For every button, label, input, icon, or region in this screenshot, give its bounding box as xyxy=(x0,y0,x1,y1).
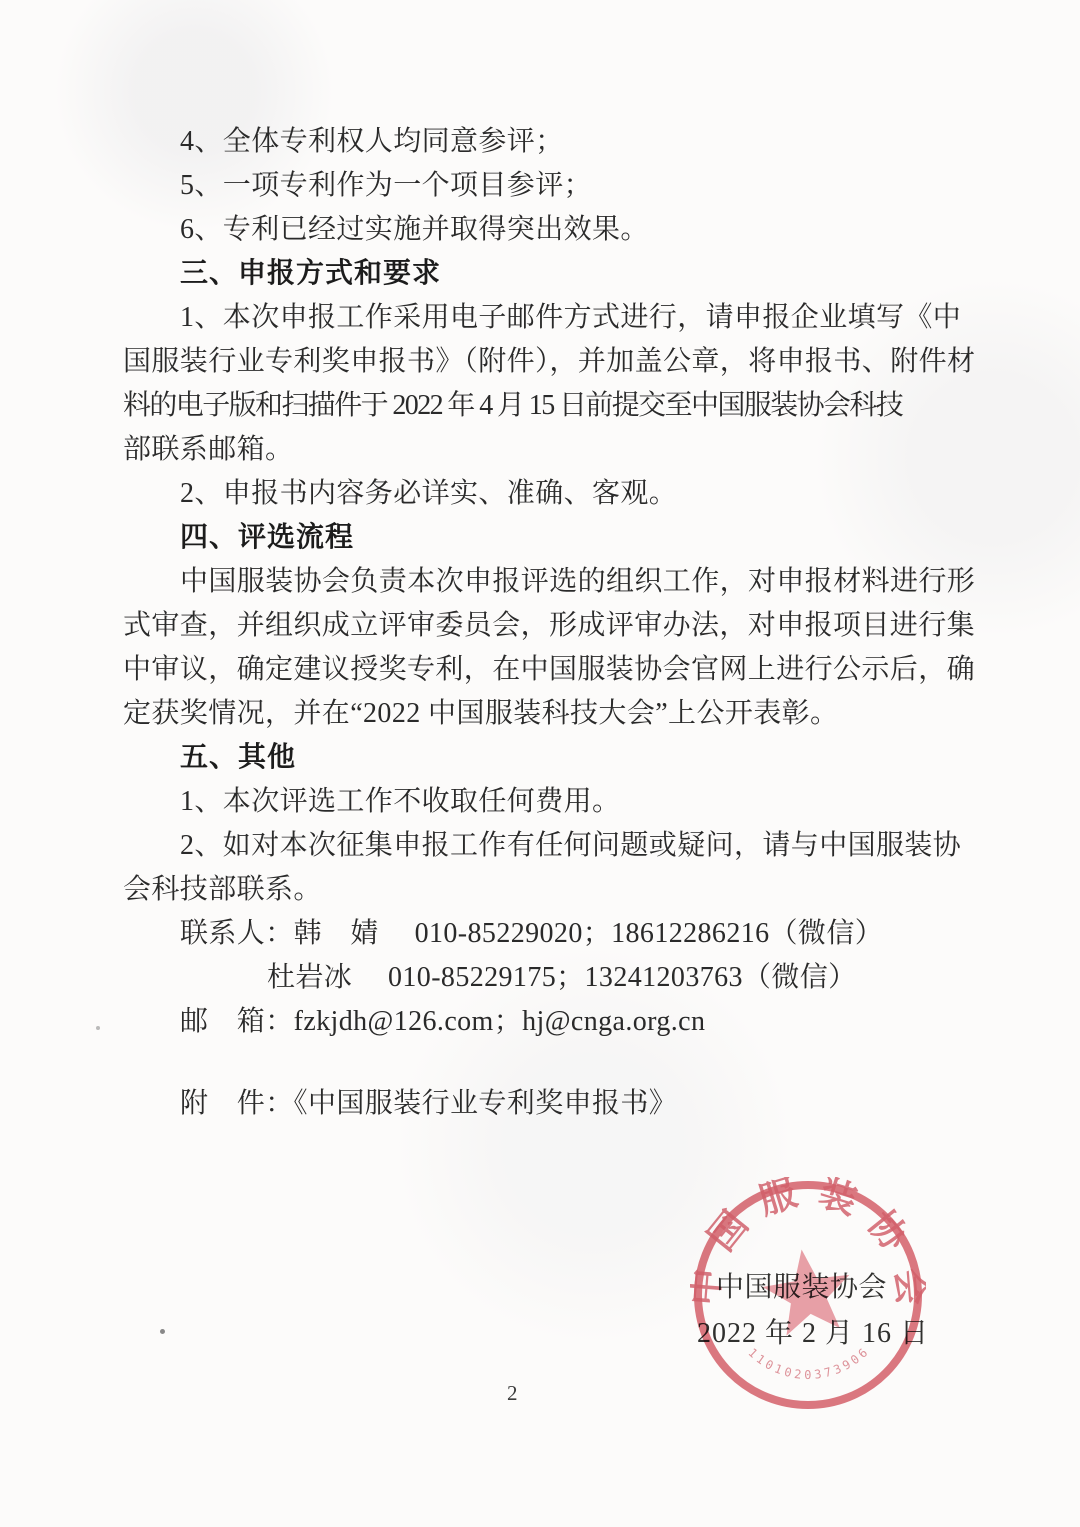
page-number: 2 xyxy=(507,1381,518,1406)
contact-line-2: 杜岩冰 010-85229175；13241203763（微信） xyxy=(123,956,935,1000)
contact-line: 联系人：韩 婧 010-85229020；18612286216（微信） xyxy=(123,912,935,956)
paragraph-line: 中审议，确定建议授奖专利，在中国服装协会官网上进行公示后，确 xyxy=(123,648,935,692)
list-item: 4、全体专利权人均同意参评； xyxy=(123,120,935,164)
signature-date: 2022 年 2 月 16 日 xyxy=(697,1311,929,1351)
paragraph-line: 2、如对本次征集申报工作有任何问题或疑问，请与中国服装协 xyxy=(123,824,935,868)
attachment-line: 附 件：《中国服装行业专利奖申报书》 xyxy=(123,1082,935,1126)
signature-org-name: 中国服装协会 xyxy=(716,1265,887,1305)
paragraph-line: 料的电子版和扫描件于 2022 年 4 月 15 日前提交至中国服装协会科技 xyxy=(123,384,935,428)
section-heading-4: 四、评选流程 xyxy=(123,516,935,560)
paragraph-line: 会科技部联系。 xyxy=(123,868,935,912)
section-heading-5: 五、其他 xyxy=(123,736,935,780)
section-heading-3: 三、申报方式和要求 xyxy=(123,252,935,296)
list-item: 5、一项专利作为一个项目参评； xyxy=(123,164,935,208)
paragraph-line: 定获奖情况，并在“2022 中国服装科技大会”上公开表彰。 xyxy=(123,692,935,736)
scan-speck xyxy=(96,1026,100,1030)
scan-speck xyxy=(160,1329,165,1334)
paragraph-line: 1、本次评选工作不收取任何费用。 xyxy=(123,780,935,824)
list-item: 6、专利已经过实施并取得突出效果。 xyxy=(123,208,935,252)
paragraph-line: 式审查，并组织成立评审委员会，形成评审办法，对申报项目进行集 xyxy=(123,604,935,648)
paragraph-line: 中国服装协会负责本次申报评选的组织工作，对申报材料进行形 xyxy=(123,560,935,604)
email-line: 邮 箱：fzkjdh@126.com；hj@cnga.org.cn xyxy=(123,1000,935,1044)
document-body: 4、全体专利权人均同意参评； 5、一项专利作为一个项目参评； 6、专利已经过实施… xyxy=(123,120,935,1126)
paragraph-line: 2、申报书内容务必详实、准确、客观。 xyxy=(123,472,935,516)
paragraph-line: 部联系邮箱。 xyxy=(123,428,935,472)
paragraph-line: 国服装行业专利奖申报书》（附件），并加盖公章，将申报书、附件材 xyxy=(123,340,935,384)
document-page: 4、全体专利权人均同意参评； 5、一项专利作为一个项目参评； 6、专利已经过实施… xyxy=(0,0,1080,1527)
paragraph-line: 1、本次申报工作采用电子邮件方式进行，请申报企业填写《中 xyxy=(123,296,935,340)
